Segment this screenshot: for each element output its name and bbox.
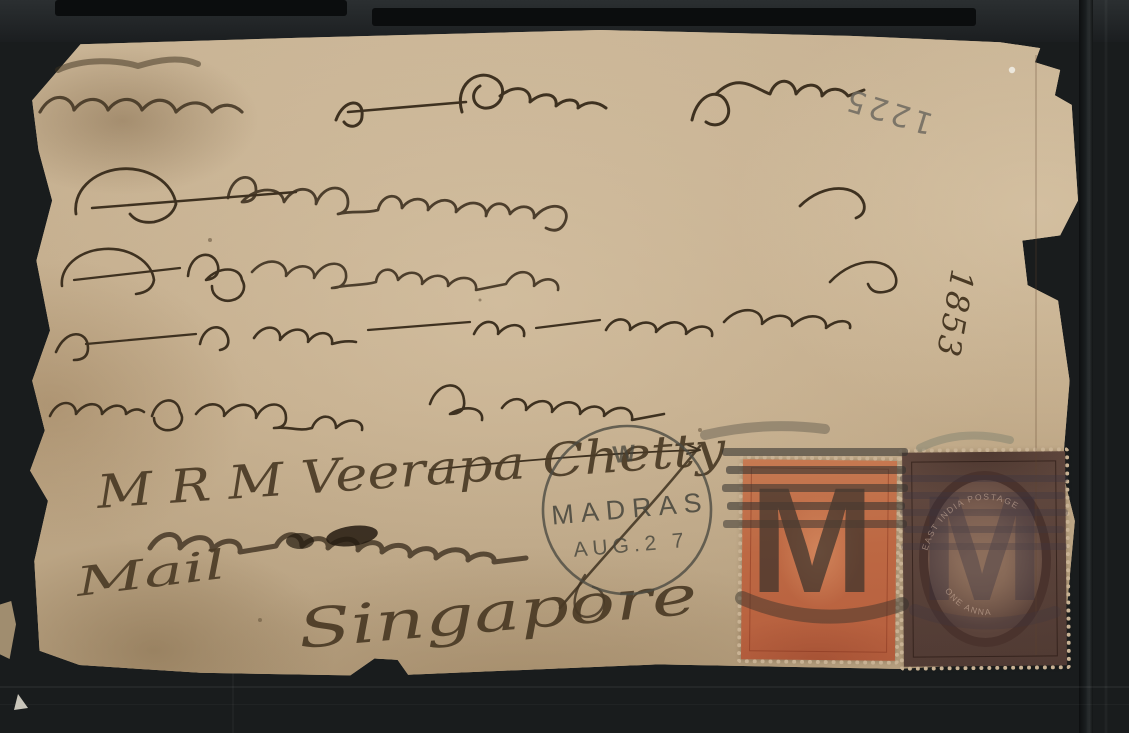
photo-of-postal-cover: { "photo": { "description": "Photograph …: [0, 0, 1129, 733]
stamp-brown: [902, 451, 1067, 666]
frame-slot-left: [55, 0, 347, 16]
frame-slot-right: [372, 8, 976, 26]
background-scratch: [0, 686, 1129, 688]
background-streak: [1086, 0, 1093, 733]
torn-paper-fragment: [0, 601, 16, 659]
background-scratch: [0, 704, 1129, 705]
queen-victoria-oval: [918, 470, 1052, 647]
background-streak: [1104, 0, 1108, 733]
stamp-orange: [741, 459, 897, 661]
